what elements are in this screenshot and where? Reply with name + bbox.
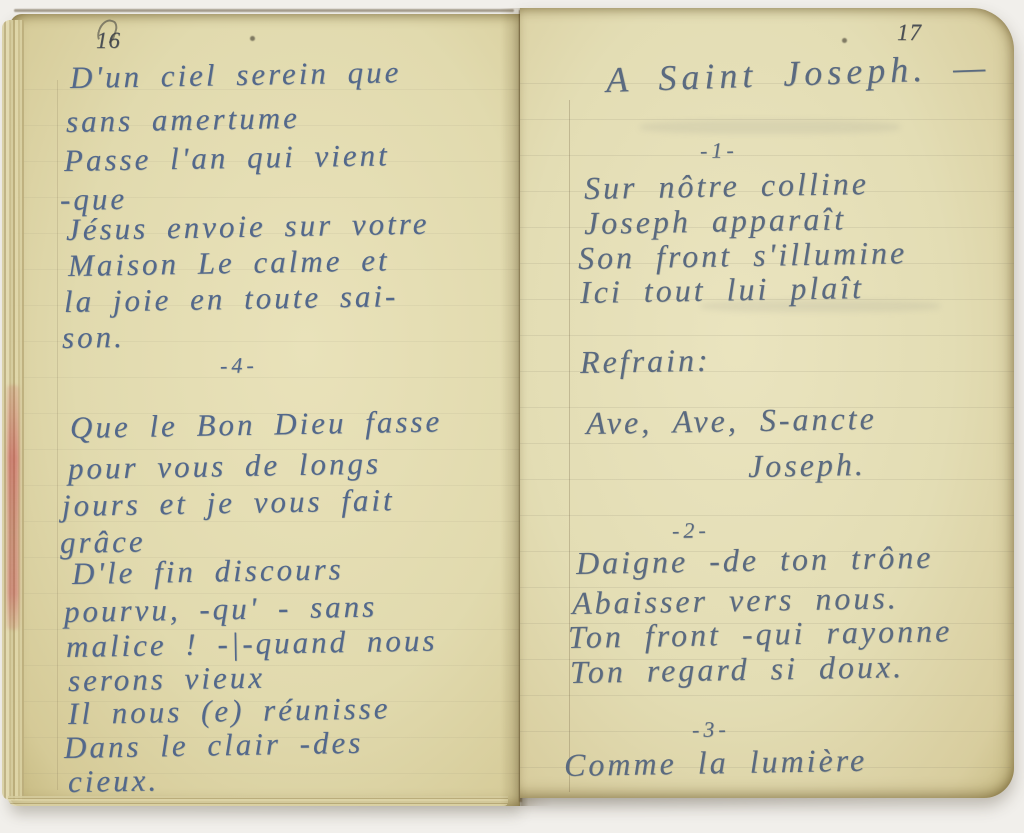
left-page-margin-line bbox=[57, 80, 58, 790]
handwritten-line: Que le Bon Dieu fasse bbox=[70, 406, 443, 443]
page-number-left: 16 bbox=[96, 28, 121, 54]
page-number-right: 17 bbox=[897, 20, 922, 46]
handwritten-line: Sur nôtre colline bbox=[584, 167, 869, 204]
handwritten-line: Joseph apparaît bbox=[584, 202, 847, 239]
handwritten-line: Il nous (e) réunisse bbox=[68, 692, 391, 729]
handwritten-line: D'un ciel serein que bbox=[70, 56, 402, 93]
refrain-label: Refrain: bbox=[580, 344, 711, 378]
handwritten-line: Daigne -de ton trône bbox=[576, 541, 934, 579]
handwritten-line: son. bbox=[62, 321, 125, 353]
stanza-separator: -3- bbox=[692, 718, 730, 741]
handwritten-line: Joseph. bbox=[748, 448, 866, 482]
notebook-spread: 16 D'un ciel serein que sans amertume Pa… bbox=[0, 0, 1024, 833]
handwritten-line: Dans le clair -des bbox=[64, 727, 364, 763]
handwritten-line: Ton front -qui rayonne bbox=[568, 614, 953, 653]
ink-speck bbox=[250, 36, 255, 41]
handwritten-line: sans amertume bbox=[66, 102, 300, 137]
handwritten-line: pour vous de longs bbox=[68, 448, 382, 484]
handwritten-line: jours et je vous fait bbox=[62, 484, 395, 521]
handwritten-line: Ave, Ave, S-ancte bbox=[586, 402, 877, 439]
handwritten-line: la joie en toute sai- bbox=[64, 280, 399, 317]
handwritten-line: Jésus envoie sur votre bbox=[66, 208, 430, 245]
handwritten-line: Passe l'an qui vient bbox=[64, 139, 390, 176]
handwritten-line: D'le fin discours bbox=[72, 553, 344, 589]
red-edge-stain bbox=[7, 385, 19, 630]
handwritten-line: grâce bbox=[60, 526, 146, 558]
handwritten-line: pourvu, -qu' - sans bbox=[64, 591, 378, 627]
left-page-top-edge bbox=[14, 9, 514, 12]
stanza-separator: -4- bbox=[220, 354, 258, 377]
handwritten-line: malice ! -|-quand nous bbox=[66, 625, 438, 662]
handwritten-line: Ici tout lui plaît bbox=[580, 271, 864, 308]
ink-speck bbox=[842, 38, 847, 43]
handwritten-line: Comme la lumière bbox=[564, 744, 868, 781]
bleed-through-smudge bbox=[640, 120, 900, 134]
stanza-separator: -1- bbox=[700, 139, 738, 162]
handwritten-line: Ton regard si doux. bbox=[570, 650, 905, 688]
handwritten-line: serons vieux bbox=[68, 662, 265, 696]
handwritten-line: Maison Le calme et bbox=[68, 244, 390, 281]
handwritten-line: cieux. bbox=[68, 764, 160, 797]
stanza-separator: -2- bbox=[672, 519, 710, 542]
